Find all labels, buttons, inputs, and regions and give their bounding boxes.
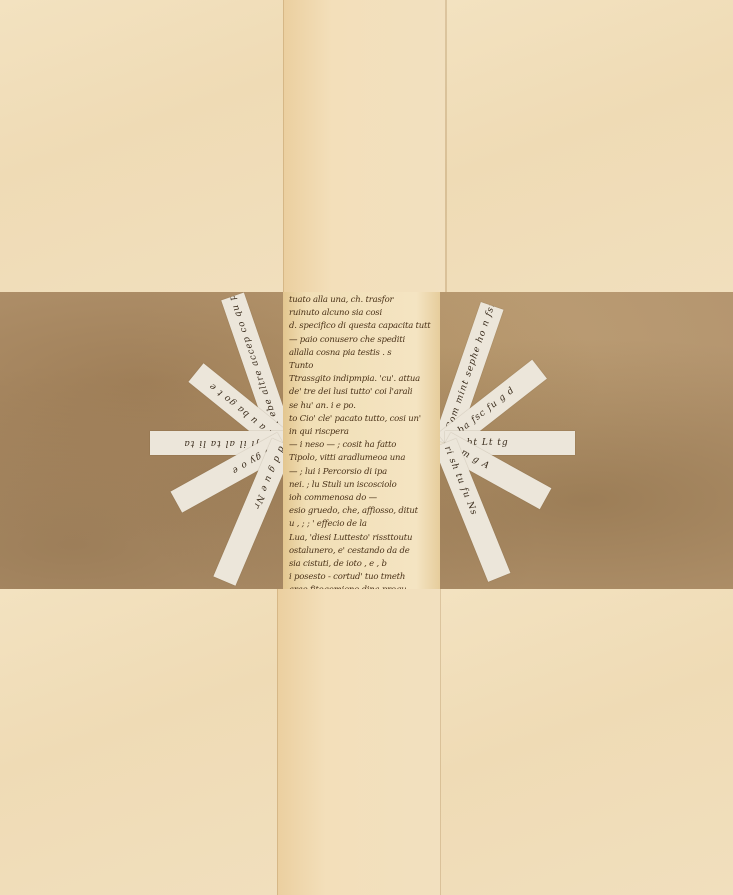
handwritten-manuscript-strip: tuato alla una, ch. trasfor ruinuto alcu… (283, 292, 440, 589)
manuscript-line: Tipolo, vitti aradlumeoa una (289, 452, 434, 465)
fold-line-left-bottom (277, 589, 278, 895)
fold-line-right-top (445, 0, 447, 292)
bottom-right-paper-panel (440, 589, 733, 895)
manuscript-line: se hu' an. i e po. (289, 400, 434, 413)
manuscript-line: — ; lui i Percorsio di ipa (289, 466, 434, 479)
collage-artwork: cali ebe altre accep co qu pe gui Ta sia… (0, 0, 733, 895)
manuscript-line: allalla cosna pia testis . s (289, 347, 434, 360)
manuscript-line: u , ; ; ' effecio de la (289, 518, 434, 531)
manuscript-line: i posesto - cortud' tuo tmeth (289, 571, 434, 584)
manuscript-line: d. specifico di questa capacita tutt (289, 320, 434, 333)
manuscript-line: arae fitogomiene dina pregu (289, 584, 434, 589)
manuscript-line: esio gruedo, che, affiosso, ditut (289, 505, 434, 518)
manuscript-line: — i neso — ; cosit ha fatto (289, 439, 434, 452)
bottom-center-paper-panel (277, 589, 440, 895)
manuscript-line: nei. ; lu Stuli un iscosciolo (289, 479, 434, 492)
manuscript-line: tuato alla una, ch. trasfor (289, 294, 434, 307)
manuscript-line: Tunto (289, 360, 434, 373)
fold-line-right-bottom (440, 589, 441, 895)
manuscript-line: to Cio' cle' pacato tutto, cosi un' (289, 413, 434, 426)
manuscript-line: in qui riscpera (289, 426, 434, 439)
manuscript-line: ruinuto alcuno sia cosi (289, 307, 434, 320)
bottom-left-paper-panel (0, 589, 277, 895)
manuscript-line: de' tre dei lusi tutto' coi l'arali (289, 386, 434, 399)
manuscript-line: sia cistuti, de ioto , e , b (289, 558, 434, 571)
manuscript-line: ostalunero, e' cestando da de (289, 545, 434, 558)
manuscript-line: Lua, 'diesi Luttesto' rissttoutu (289, 532, 434, 545)
fold-line-left-top (283, 0, 284, 292)
top-right-paper-panel (445, 0, 733, 292)
manuscript-line: ioh commenosa do — (289, 492, 434, 505)
manuscript-line: — paio conusero che spediti (289, 334, 434, 347)
top-center-paper-panel (283, 0, 445, 292)
manuscript-line: Ttrassgito indipmpia. 'cu'. attua (289, 373, 434, 386)
top-left-paper-panel (0, 0, 283, 292)
